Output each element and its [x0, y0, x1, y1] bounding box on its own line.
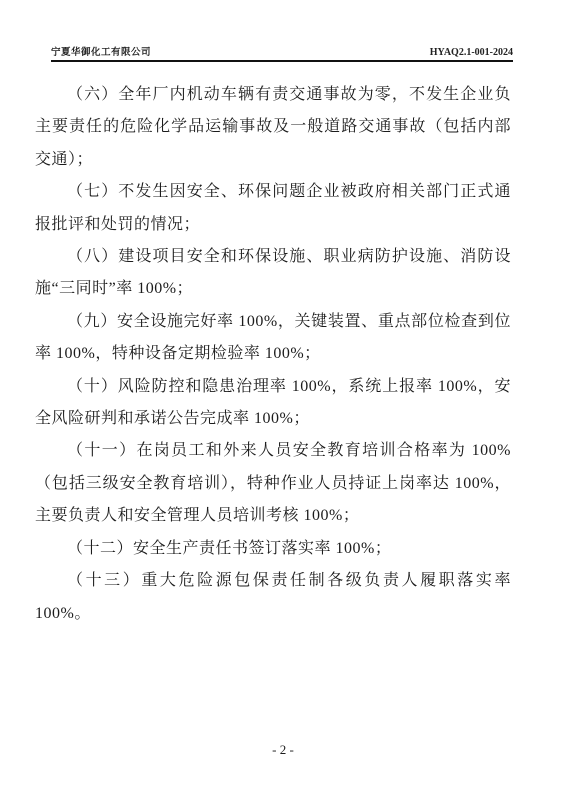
- paragraph: （十）风险防控和隐患治理率 100%，系统上报率 100%，安全风险研判和承诺公…: [35, 371, 511, 436]
- document-footer: - 2 -: [0, 742, 566, 758]
- paragraph: （九）安全设施完好率 100%，关键装置、重点部位检查到位率 100%，特种设备…: [35, 306, 511, 371]
- paragraph: （七）不发生因安全、环保问题企业被政府相关部门正式通报批评和处罚的情况；: [35, 176, 511, 241]
- company-name: 宁夏华御化工有限公司: [51, 44, 151, 58]
- document-number: HYAQ2.1-001-2024: [430, 47, 513, 58]
- paragraph: （十二）安全生产责任书签订落实率 100%；: [35, 533, 511, 565]
- paragraph: （十三）重大危险源包保责任制各级负责人履职落实率 100%。: [35, 565, 511, 630]
- paragraph: （十一）在岗员工和外来人员安全教育培训合格率为 100%（包括三级安全教育培训）…: [35, 435, 511, 532]
- page-number: - 2 -: [272, 742, 294, 757]
- document-body: （六）全年厂内机动车辆有责交通事故为零，不发生企业负主要责任的危险化学品运输事故…: [35, 79, 511, 630]
- paragraph: （八）建设项目安全和环保设施、职业病防护设施、消防设施“三同时”率 100%；: [35, 241, 511, 306]
- document-page: 宁夏华御化工有限公司 HYAQ2.1-001-2024 （六）全年厂内机动车辆有…: [0, 0, 566, 786]
- document-header: 宁夏华御化工有限公司 HYAQ2.1-001-2024: [51, 42, 513, 62]
- paragraph: （六）全年厂内机动车辆有责交通事故为零，不发生企业负主要责任的危险化学品运输事故…: [35, 79, 511, 176]
